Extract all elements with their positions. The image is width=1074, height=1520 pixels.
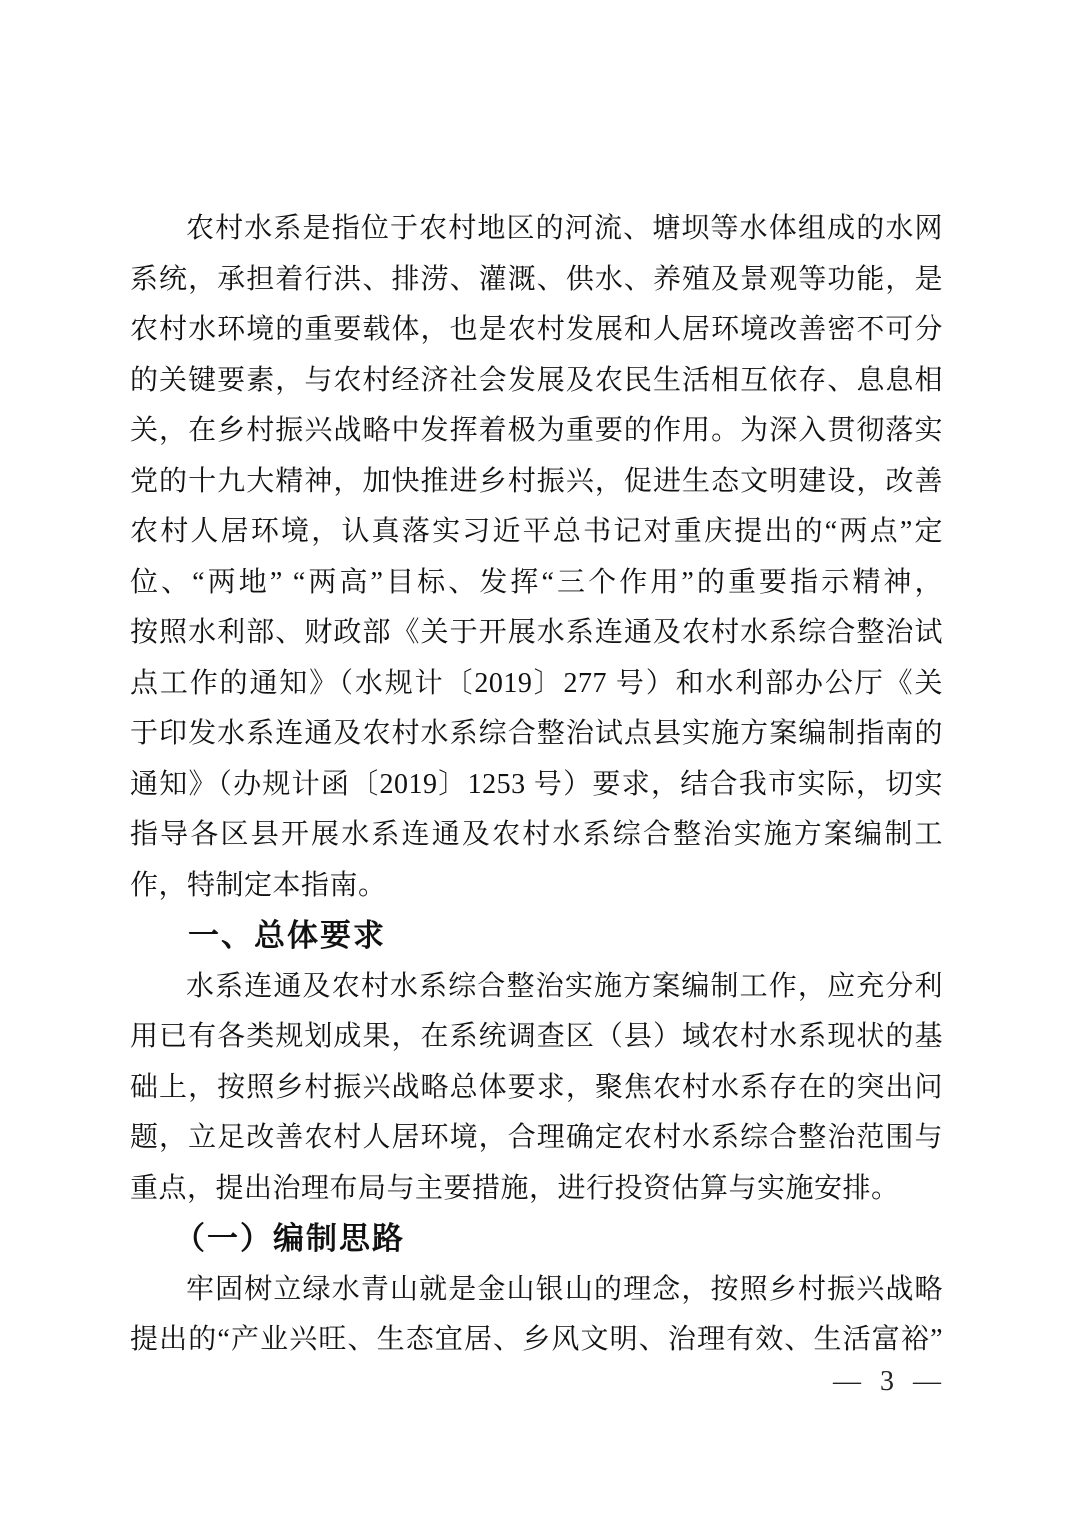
text-line: 重点，提出治理布局与主要措施，进行投资估算与实施安排。 — [130, 1164, 943, 1215]
page-number: — 3 — — [833, 1366, 947, 1398]
subsection-heading-compilation-approach: （一）编制思路 — [174, 1214, 943, 1265]
text-line: 农村水环境的重要载体，也是农村发展和人居环境改善密不可分 — [130, 305, 943, 356]
text-line: 提出的“产业兴旺、生态宜居、乡风文明、治理有效、生活富裕” — [130, 1315, 943, 1366]
text-line: 牢固树立绿水青山就是金山银山的理念，按照乡村振兴战略 — [130, 1265, 943, 1316]
text-line: 用已有各类规划成果，在系统调查区（县）域农村水系现状的基 — [130, 1012, 943, 1063]
text-line: 系统，承担着行洪、排涝、灌溉、供水、养殖及景观等功能，是 — [130, 255, 943, 306]
text-line: 题，立足改善农村人居环境，合理确定农村水系综合整治范围与 — [130, 1113, 943, 1164]
text-line: 党的十九大精神，加快推进乡村振兴，促进生态文明建设，改善 — [130, 457, 943, 508]
document-content: 农村水系是指位于农村地区的河流、塘坝等水体组成的水网系统，承担着行洪、排涝、灌溉… — [130, 204, 943, 1366]
text-line: 的关键要素，与农村经济社会发展及农民生活相互依存、息息相 — [130, 356, 943, 407]
paragraph-compilation-approach: 牢固树立绿水青山就是金山银山的理念，按照乡村振兴战略提出的“产业兴旺、生态宜居、… — [130, 1265, 943, 1366]
text-line: 作，特制定本指南。 — [130, 861, 943, 912]
text-line: 于印发水系连通及农村水系综合整治试点县实施方案编制指南的 — [130, 709, 943, 760]
text-line: 通知》（办规计函〔2019〕1253 号）要求，结合我市实际，切实 — [130, 760, 943, 811]
text-line: 点工作的通知》（水规计〔2019〕277 号）和水利部办公厅《关 — [130, 659, 943, 710]
text-line: 位、“两地” “两高”目标、发挥“三个作用”的重要指示精神， — [130, 558, 943, 609]
text-line: 指导各区县开展水系连通及农村水系综合整治实施方案编制工 — [130, 810, 943, 861]
text-line: 水系连通及农村水系综合整治实施方案编制工作，应充分利 — [130, 962, 943, 1013]
paragraph-overall-requirements: 水系连通及农村水系综合整治实施方案编制工作，应充分利用已有各类规划成果，在系统调… — [130, 962, 943, 1215]
section-heading-overall-requirements: 一、总体要求 — [188, 911, 943, 962]
text-line: 础上，按照乡村振兴战略总体要求，聚焦农村水系存在的突出问 — [130, 1063, 943, 1114]
text-line: 农村水系是指位于农村地区的河流、塘坝等水体组成的水网 — [130, 204, 943, 255]
paragraph-intro: 农村水系是指位于农村地区的河流、塘坝等水体组成的水网系统，承担着行洪、排涝、灌溉… — [130, 204, 943, 911]
text-line: 按照水利部、财政部《关于开展水系连通及农村水系综合整治试 — [130, 608, 943, 659]
text-line: 农村人居环境，认真落实习近平总书记对重庆提出的“两点”定 — [130, 507, 943, 558]
document-page: 农村水系是指位于农村地区的河流、塘坝等水体组成的水网系统，承担着行洪、排涝、灌溉… — [0, 0, 1074, 1520]
text-line: 关，在乡村振兴战略中发挥着极为重要的作用。为深入贯彻落实 — [130, 406, 943, 457]
